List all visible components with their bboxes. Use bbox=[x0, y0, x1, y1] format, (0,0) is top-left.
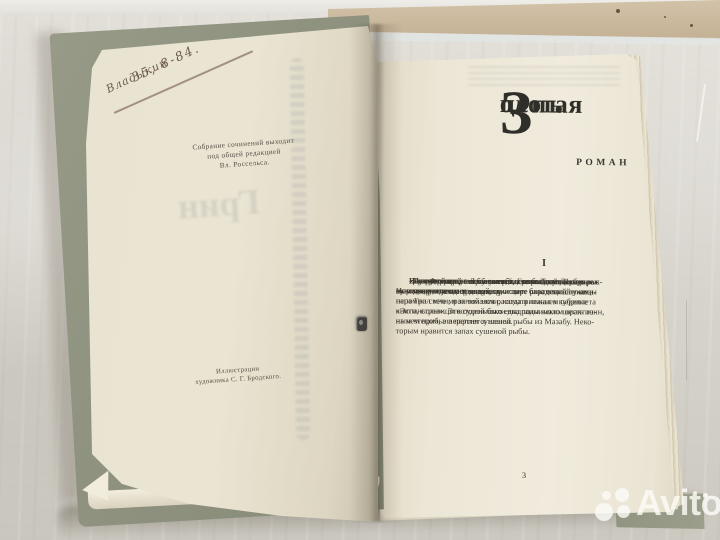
table-scratch bbox=[686, 300, 687, 380]
chapter-number: I bbox=[416, 258, 672, 269]
title-line2: цепь bbox=[500, 89, 566, 119]
avito-logo-dot-icon bbox=[617, 505, 630, 518]
avito-logo-dot-icon bbox=[615, 488, 629, 502]
photo-of-open-book: Грин Владыкин 35, 8-84. Собрание сочинен… bbox=[0, 0, 720, 540]
avito-watermark: Avito bbox=[594, 488, 720, 538]
avito-logo-dot-icon bbox=[602, 491, 611, 500]
show-through-text-lines bbox=[468, 66, 620, 86]
title-lines: олотая цепь bbox=[500, 89, 586, 90]
show-through-author-name: Грин bbox=[149, 180, 262, 230]
wall-speck bbox=[690, 24, 693, 27]
gutter-clip-highlight bbox=[359, 320, 363, 325]
avito-o-accent-dot-icon bbox=[703, 493, 708, 498]
wall-speck bbox=[664, 16, 666, 18]
paragraph: На правой стороне человек, носивший имя … bbox=[396, 276, 594, 297]
avito-wordmark: Avito bbox=[636, 482, 720, 524]
gutter-clip-mark bbox=[356, 316, 367, 331]
page-number: 3 bbox=[398, 470, 650, 480]
wall-speck bbox=[616, 9, 620, 13]
avito-logo-dot-icon bbox=[595, 503, 613, 521]
left-page bbox=[86, 24, 378, 524]
genre-label: РОМАН bbox=[552, 158, 630, 169]
